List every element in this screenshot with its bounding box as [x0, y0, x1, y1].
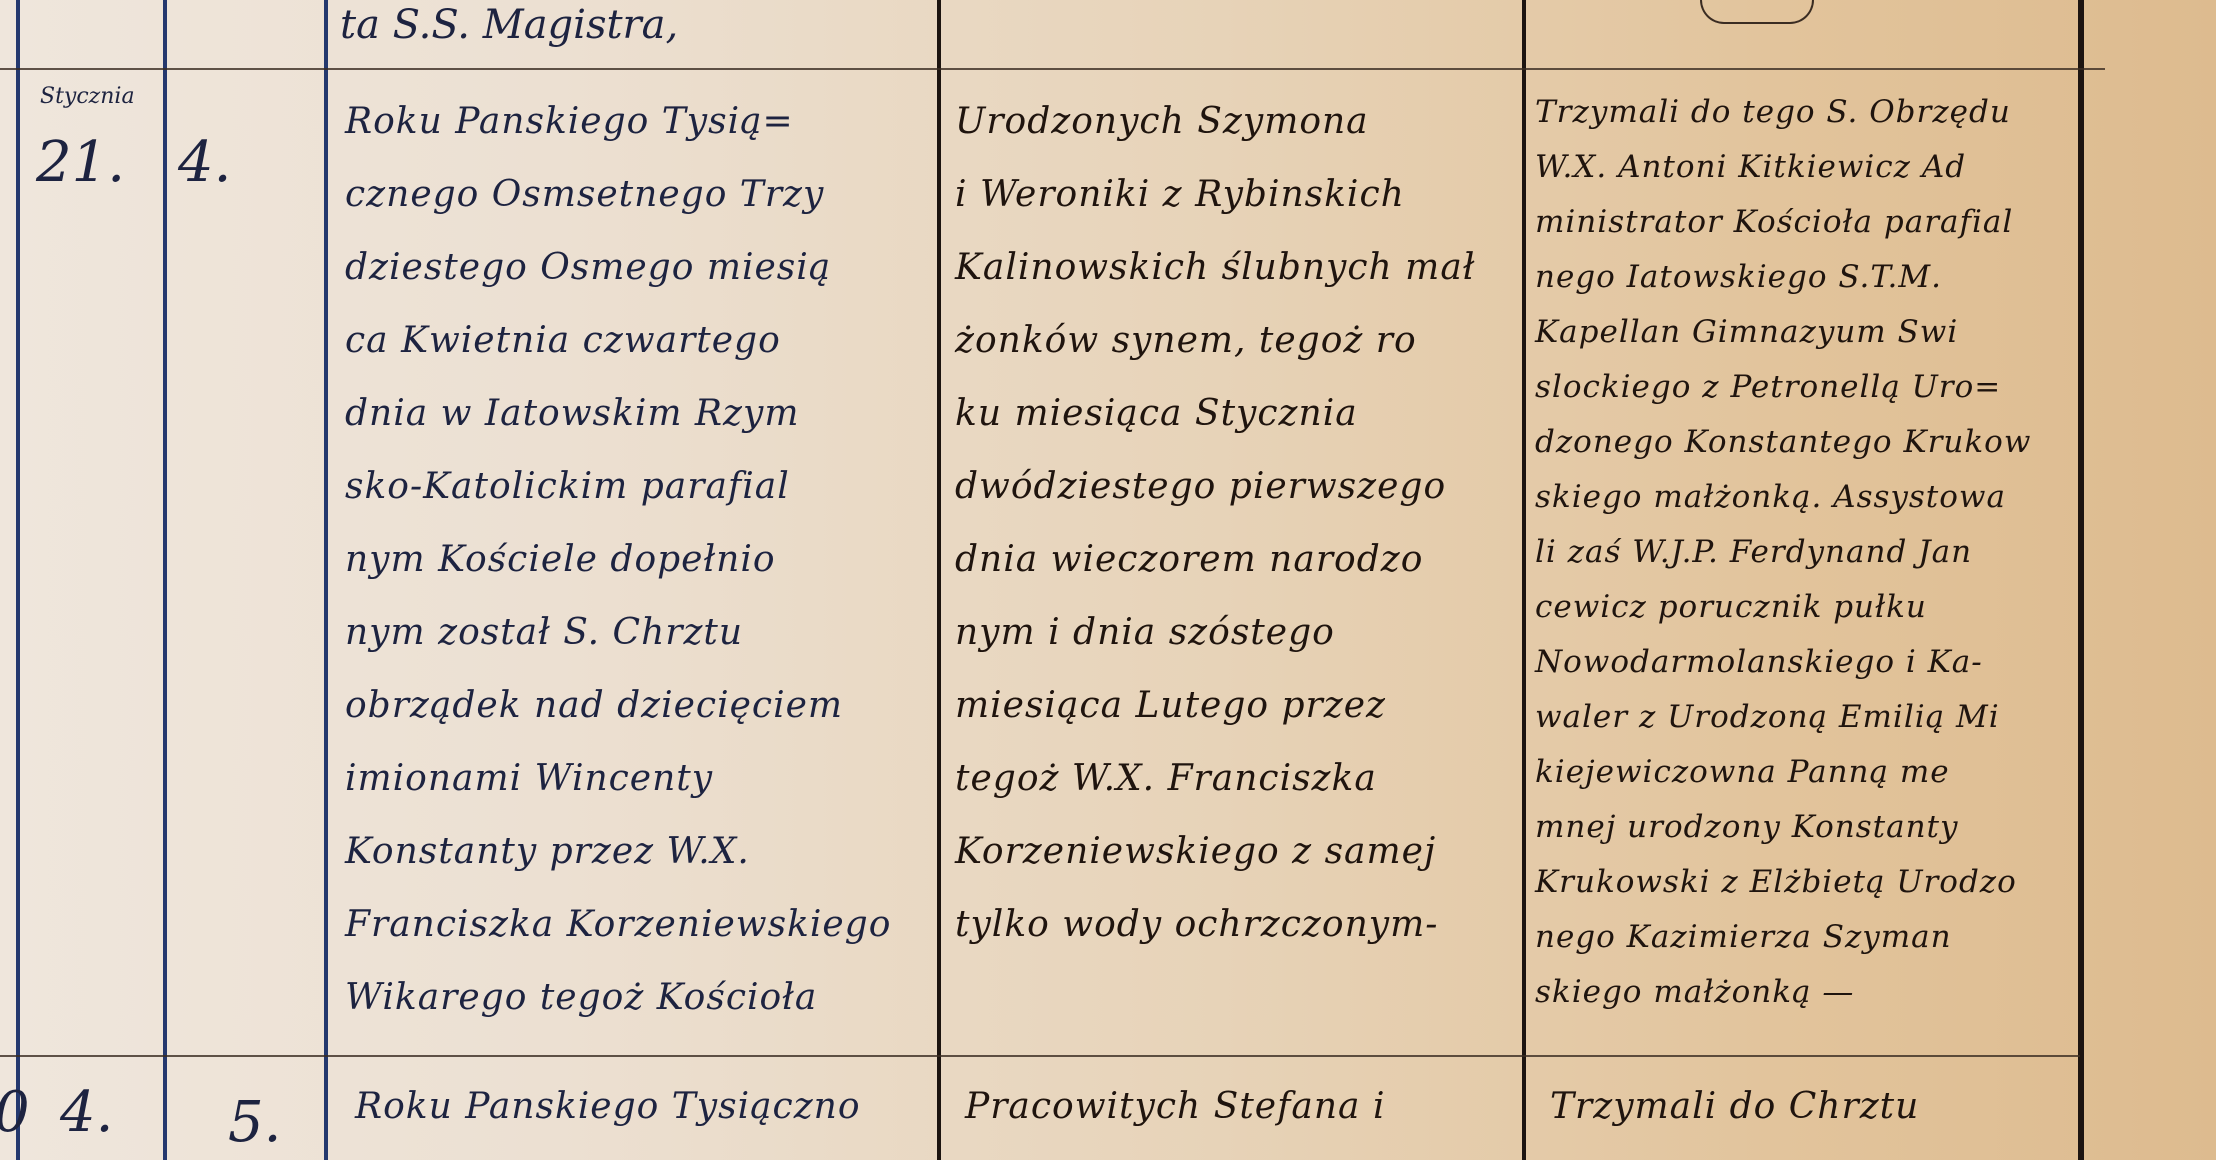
baptism-text-lines: Roku Panskiego Tysiączno: [355, 1070, 861, 1143]
text-line: waler z Urodzoną Emilią Mi: [1535, 690, 2031, 745]
text-line: tegoż W.X. Franciszka: [955, 742, 1475, 815]
baptism-text-column: Roku Panskiego Tysią= cznego Osmsetnego …: [345, 85, 891, 1034]
header-fragment-text: ta S.S. Magistra,: [340, 2, 678, 48]
entry-5-godparents-text: Trzymali do Chrztu: [1550, 1070, 1919, 1143]
text-line: dnia w Iatowskim Rzym: [345, 377, 891, 450]
text-line: Konstanty przez W.X.: [345, 815, 891, 888]
column-rule-5: [1522, 0, 1526, 1160]
godparents-text-lines: Trzymali do Chrztu: [1550, 1070, 1919, 1143]
text-line: W.X. Antoni Kitkiewicz Ad: [1535, 140, 2031, 195]
column-rule-3: [324, 0, 328, 1160]
text-line: cznego Osmsetnego Trzy: [345, 158, 891, 231]
entry-5-number: 5.: [228, 1090, 281, 1155]
text-line: Wikarego tegoż Kościoła: [345, 961, 891, 1034]
godparents-text-column: Trzymali do tego S. Obrzędu W.X. Antoni …: [1535, 85, 2031, 1020]
text-line: nego Iatowskiego S.T.M.: [1535, 250, 2031, 305]
parents-text-lines: Pracowitych Stefana i: [965, 1070, 1385, 1143]
text-line: Korzeniewskiego z samej: [955, 815, 1475, 888]
column-rule-1: [16, 0, 20, 1160]
text-line: ca Kwietnia czwartego: [345, 304, 891, 377]
text-line: Urodzonych Szymona: [955, 85, 1475, 158]
header-fragment: ta S.S. Magistra,: [340, 2, 678, 48]
baptism-text-lines: Roku Panskiego Tysią= cznego Osmsetnego …: [345, 85, 891, 1034]
text-line: li zaś W.J.P. Ferdynand Jan: [1535, 525, 2031, 580]
parents-text-lines: Urodzonych Szymona i Weroniki z Rybinski…: [955, 85, 1475, 961]
text-line: dzonego Konstantego Krukow: [1535, 415, 2031, 470]
text-line: dwódziestego pierwszego: [955, 450, 1475, 523]
entry-month: Stycznia: [40, 84, 135, 109]
text-line: Nowodarmolanskiego i Ka-: [1535, 635, 2031, 690]
text-line: nego Kazimierza Szyman: [1535, 910, 2031, 965]
text-line: ministrator Kościoła parafial: [1535, 195, 2031, 250]
row-rule-top: [0, 68, 2105, 70]
text-line: nym Kościele dopełnio: [345, 523, 891, 596]
text-line: Krukowski z Elżbietą Urodzo: [1535, 855, 2031, 910]
text-line: dnia wieczorem narodzo: [955, 523, 1475, 596]
text-line: ku miesiąca Stycznia: [955, 377, 1475, 450]
text-line: Kapellan Gimnazyum Swi: [1535, 305, 2031, 360]
text-line: nym i dnia szóstego: [955, 596, 1475, 669]
entry-number-label: 5.: [228, 1090, 281, 1155]
text-line: mnej urodzony Konstanty: [1535, 800, 2031, 855]
entry-5-baptism-text: Roku Panskiego Tysiączno: [355, 1070, 861, 1143]
seal-flourish: [1700, 0, 1814, 24]
text-line: skiego małżonką —: [1535, 965, 2031, 1020]
text-line: Roku Panskiego Tysiączno: [355, 1070, 861, 1143]
text-line: Trzymali do Chrztu: [1550, 1070, 1919, 1143]
entry-number: 4.: [178, 130, 231, 195]
text-line: sko-Katolickim parafial: [345, 450, 891, 523]
entry-number-label: 4.: [178, 130, 231, 195]
text-line: kiejewiczowna Panną me: [1535, 745, 2031, 800]
column-rule-2: [163, 0, 167, 1160]
text-line: miesiąca Lutego przez: [955, 669, 1475, 742]
text-line: tylko wody ochrzczonym-: [955, 888, 1475, 961]
text-line: nym został S. Chrztu: [345, 596, 891, 669]
text-line: dziestego Osmego miesią: [345, 231, 891, 304]
text-line: obrządek nad dziecięciem: [345, 669, 891, 742]
text-line: żonków synem, tegoż ro: [955, 304, 1475, 377]
day-label: 4.: [60, 1080, 113, 1145]
column-rule-right: [2078, 0, 2084, 1160]
register-page: ta S.S. Magistra, Stycznia 21. 4. Roku P…: [0, 0, 2216, 1160]
text-line: skiego małżonką. Assystowa: [1535, 470, 2031, 525]
text-line: slockiego z Petronellą Uro=: [1535, 360, 2031, 415]
text-line: cewicz porucznik pułku: [1535, 580, 2031, 635]
month-label: Stycznia: [40, 84, 135, 109]
text-line: Franciszka Korzeniewskiego: [345, 888, 891, 961]
day-fragment-label: 0: [0, 1080, 30, 1145]
text-line: Roku Panskiego Tysią=: [345, 85, 891, 158]
row-rule-entry-5: [0, 1055, 2080, 1057]
text-line: Kalinowskich ślubnych mał: [955, 231, 1475, 304]
entry-5-parents-text: Pracowitych Stefana i: [965, 1070, 1385, 1143]
text-line: imionami Wincenty: [345, 742, 891, 815]
entry-day: 21.: [36, 130, 125, 195]
column-rule-4: [937, 0, 941, 1160]
day-label: 21.: [36, 130, 125, 195]
parents-text-column: Urodzonych Szymona i Weroniki z Rybinski…: [955, 85, 1475, 961]
text-line: i Weroniki z Rybinskich: [955, 158, 1475, 231]
entry-5-day-fragment: 0: [0, 1080, 30, 1145]
entry-5-day: 4.: [60, 1080, 113, 1145]
text-line: Pracowitych Stefana i: [965, 1070, 1385, 1143]
godparents-text-lines: Trzymali do tego S. Obrzędu W.X. Antoni …: [1535, 85, 2031, 1020]
text-line: Trzymali do tego S. Obrzędu: [1535, 85, 2031, 140]
